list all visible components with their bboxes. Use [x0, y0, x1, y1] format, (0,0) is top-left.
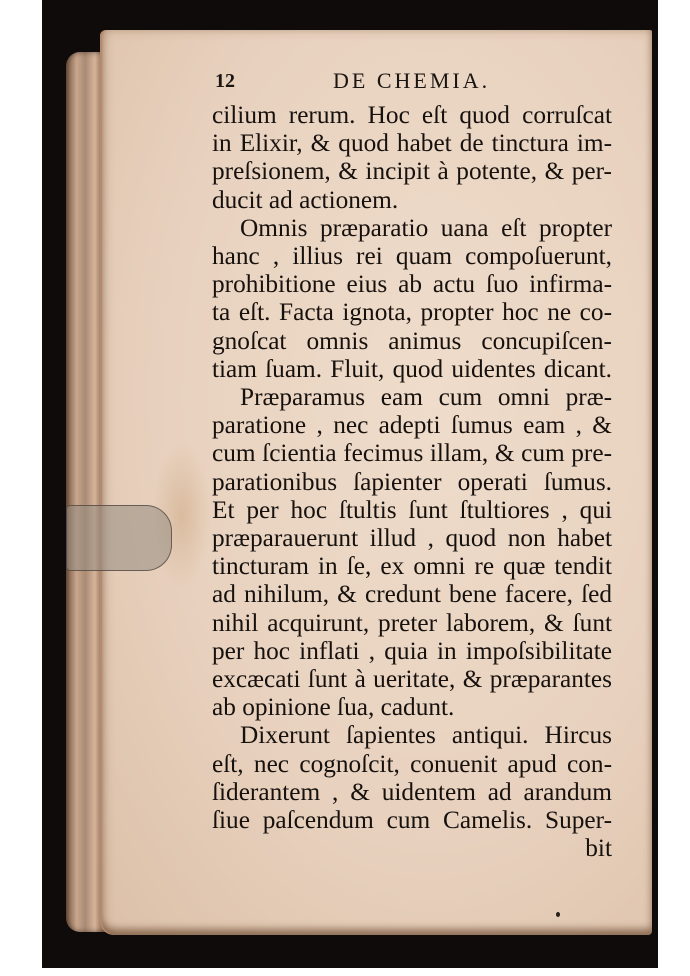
- text-line: tiam ſuam. Fluit, quod uidentes dicant.: [212, 355, 612, 383]
- text-line: nihil acquirunt, preter laborem, & ſunt: [212, 609, 612, 637]
- text-line: preſsionem, & incipit à potente, & per-: [212, 157, 612, 185]
- page-number: 12: [215, 70, 235, 93]
- text-line: cilium rerum. Hoc eſt quod corruſcat: [212, 101, 612, 129]
- text-line: Præparamus eam cum omni præ-: [212, 383, 612, 411]
- text-line: prohibitione eius ab actu ſuo infirma-: [212, 270, 612, 298]
- text-line: paratione , nec adepti ſumus eam , &: [212, 411, 612, 439]
- text-line: hanc , illius rei quam compoſuerunt,: [212, 242, 612, 270]
- text-line: Et per hoc ſtultis ſunt ſtultiores , qui: [212, 496, 612, 524]
- text-line: ſiderantem , & uidentem ad arandum: [212, 778, 612, 806]
- text-line: ſiue paſcendum cum Camelis. Super-: [212, 806, 612, 834]
- text-line: tincturam in ſe, ex omni re quæ tendit: [212, 552, 612, 580]
- ink-speck: [556, 912, 560, 917]
- page-header: 12 DE CHEMIA.: [215, 68, 615, 96]
- text-line: parationibus ſapienter operati ſumus.: [212, 468, 612, 496]
- paragraph-2: Omnis præparatio uana eſt propter hanc ,…: [212, 214, 612, 383]
- text-line: ta eſt. Facta ignota, propter hoc ne co-: [212, 298, 612, 326]
- text-line: præparauerunt illud , quod non habet: [212, 524, 612, 552]
- text-line: ducit ad actionem.: [212, 186, 612, 214]
- paragraph-3: Præparamus eam cum omni præ- paratione ,…: [212, 383, 612, 721]
- text-line: excæcati ſunt à ueritate, & præparantes: [212, 665, 612, 693]
- catchword: bit: [212, 834, 612, 862]
- running-head: DE CHEMIA.: [333, 68, 490, 94]
- text-line: per hoc inflati , quia in impoſsibilitat…: [212, 637, 612, 665]
- bookmark-tab: [66, 505, 172, 571]
- text-line: ab opinione ſua, cadunt.: [212, 693, 612, 721]
- text-line: eſt, nec cognoſcit, conuenit apud con-: [212, 750, 612, 778]
- text-line: in Elixir, & quod habet de tinctura im-: [212, 129, 612, 157]
- paragraph-4: Dixerunt ſapientes antiqui. Hircus eſt, …: [212, 721, 612, 834]
- text-line: gnoſcat omnis animus concupiſcen-: [212, 327, 612, 355]
- text-line: cum ſcientia fecimus illam, & cum pre-: [212, 439, 612, 467]
- paragraph-1: cilium rerum. Hoc eſt quod corruſcat in …: [212, 101, 612, 214]
- text-line: Dixerunt ſapientes antiqui. Hircus: [212, 721, 612, 749]
- text-line: ad nihilum, & credunt bene facere, ſed: [212, 580, 612, 608]
- text-line: Omnis præparatio uana eſt propter: [212, 214, 612, 242]
- body-text: cilium rerum. Hoc eſt quod corruſcat in …: [212, 101, 612, 862]
